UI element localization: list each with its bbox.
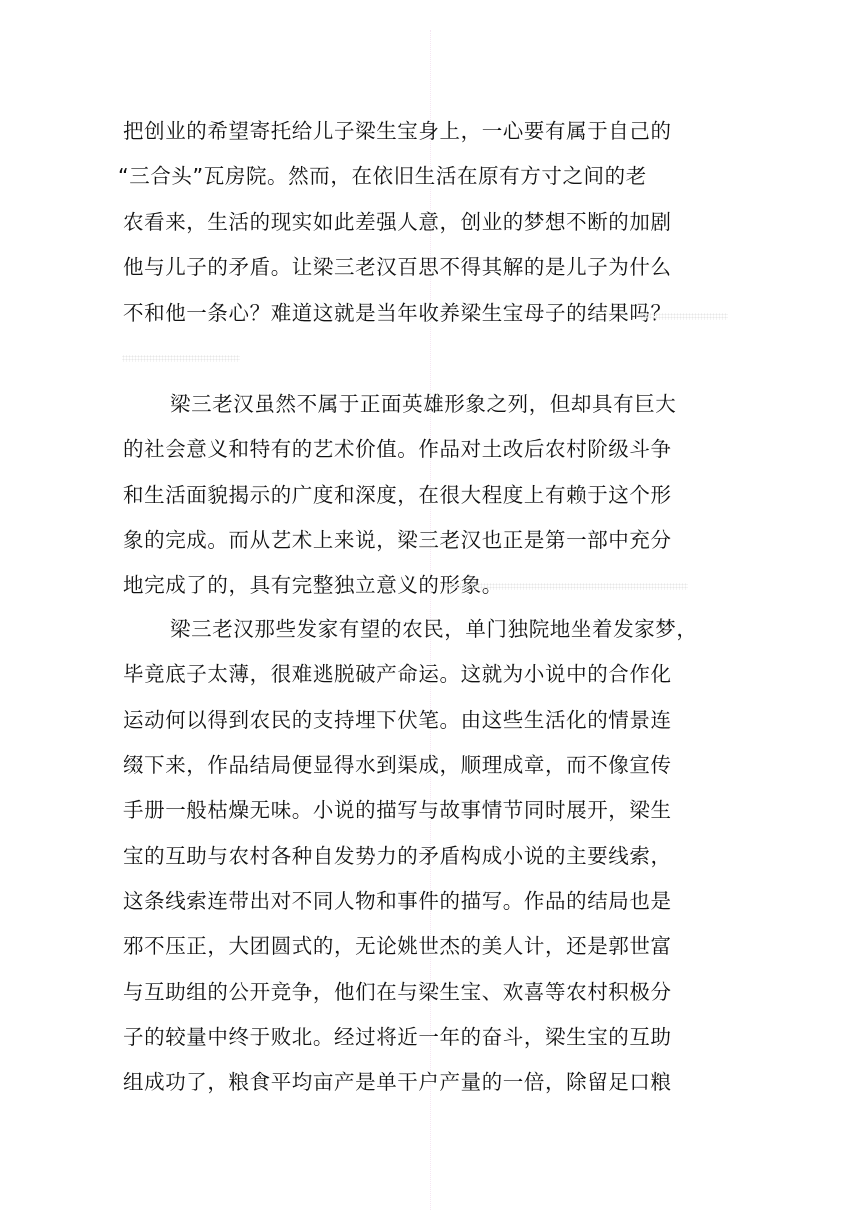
text-line: 不和他一条心？难道这就是当年收养梁生宝母子的结果吗？ <box>123 301 672 325</box>
scan-noise <box>640 313 728 320</box>
text-line: 毕竟底子太薄，很难逃脱破产命运。这就为小说中的合作化 <box>123 662 672 686</box>
text-line: 宝的互助与农村各种自发势力的矛盾构成小说的主要线索， <box>123 844 672 868</box>
text-line: 手册一般枯燥无味。小说的描写与故事情节同时展开，梁生 <box>123 798 672 822</box>
text-line: 的社会意义和特有的艺术价值。作品对土改后农村阶级斗争 <box>123 437 672 461</box>
text-line: 梁三老汉那些发家有望的农民，单门独院地坐着发家梦， <box>170 617 698 641</box>
text-line: 运动何以得到农民的支持埋下伏笔。由这些生活化的情景连 <box>123 708 672 732</box>
text-line: 这条线索连带出对不同人物和事件的描写。作品的结局也是 <box>123 889 672 913</box>
text-line: 组成功了，粮食平均亩产是单干户产量的一倍，除留足口粮 <box>123 1070 672 1094</box>
scan-noise <box>122 355 240 362</box>
text-line: 把创业的希望寄托给儿子梁生宝身上，一心要有属于自己的 <box>123 119 672 143</box>
text-line: 象的完成。而从艺术上来说，梁三老汉也正是第一部中充分 <box>123 528 672 552</box>
text-line: 缀下来，作品结局便显得水到渠成，顺理成章，而不像宣传 <box>123 753 672 777</box>
text-line: “三合头”瓦房院。然而，在依旧生活在原有方寸之间的老 <box>118 164 647 188</box>
text-line: 他与儿子的矛盾。让梁三老汉百思不得其解的是儿子为什么 <box>123 255 672 279</box>
text-line: 梁三老汉虽然不属于正面英雄形象之列，但却具有巨大 <box>170 392 676 416</box>
text-line: 农看来，生活的现实如此差强人意，创业的梦想不断的加剧 <box>123 210 672 234</box>
text-line: 邪不压正，大团圆式的，无论姚世杰的美人计，还是郭世富 <box>123 934 672 958</box>
scan-noise <box>444 583 688 590</box>
text-line: 与互助组的公开竞争，他们在与梁生宝、欢喜等农村积极分 <box>123 980 672 1004</box>
text-line: 子的较量中终于败北。经过将近一年的奋斗，梁生宝的互助 <box>123 1025 672 1049</box>
text-line: 和生活面貌揭示的广度和深度，在很大程度上有赖于这个形 <box>123 483 672 507</box>
document-page: 把创业的希望寄托给儿子梁生宝身上，一心要有属于自己的 “三合头”瓦房院。然而，在… <box>0 0 860 1218</box>
